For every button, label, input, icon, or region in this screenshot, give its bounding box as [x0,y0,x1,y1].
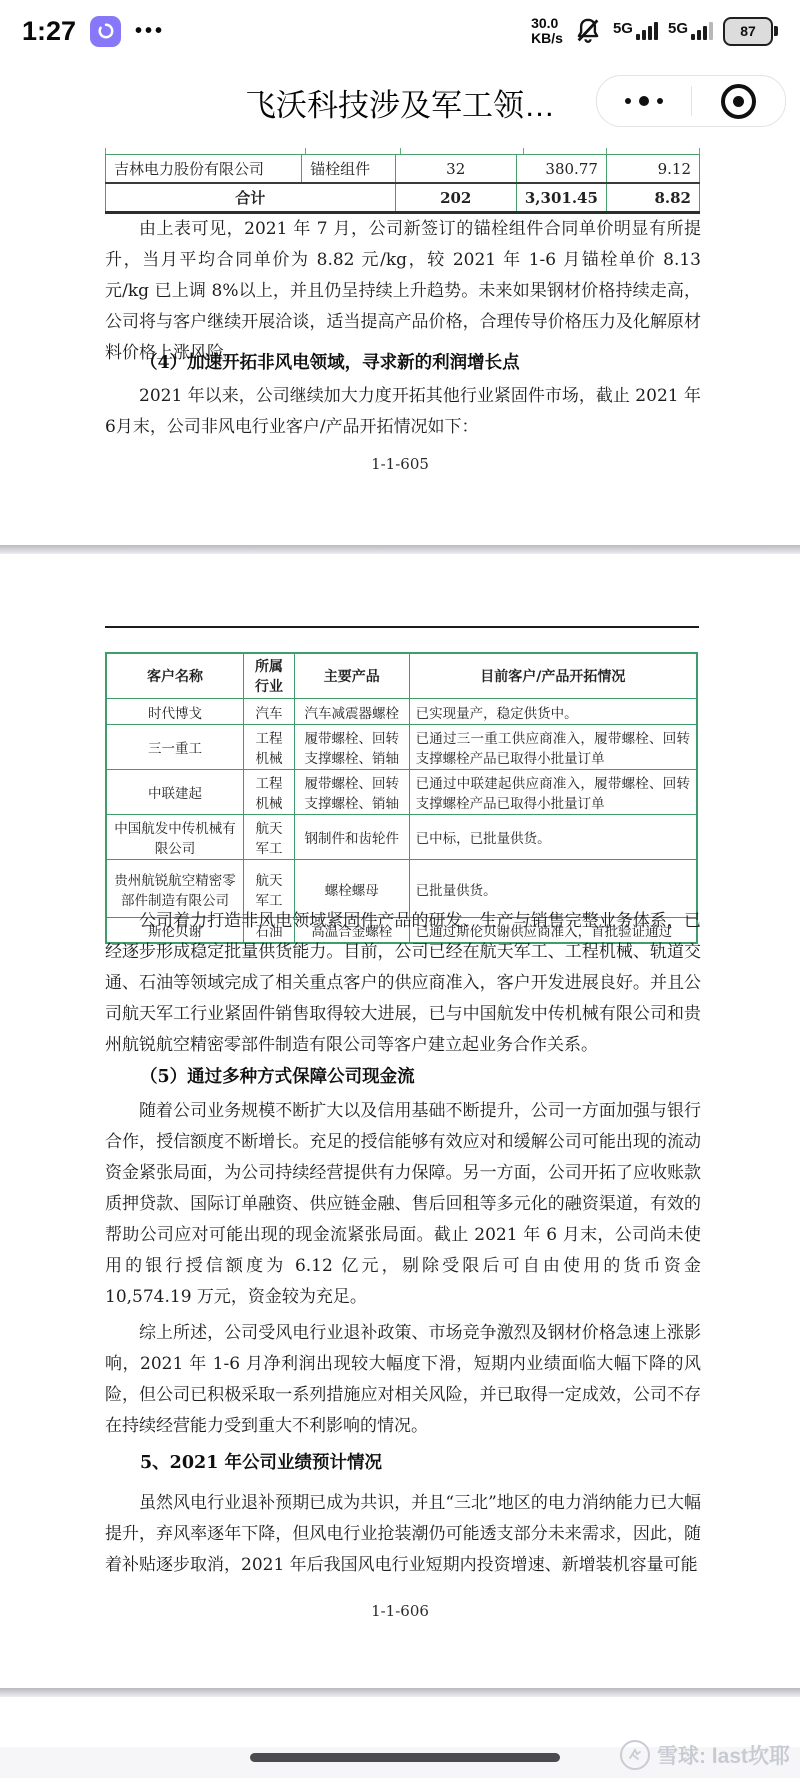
battery-indicator: 87 [723,17,778,46]
horizontal-scrollbar-thumb[interactable] [250,1753,560,1762]
page-separator [0,545,800,554]
table-row: 中国航发中传机械有限公司 航天军工 钢制件和齿轮件 已中标，已批量供货。 [106,815,697,860]
table-row: 中联建起 工程机械 履带螺栓、回转支撑螺栓、销轴 已通过中联建起供应商准入，履带… [106,770,697,815]
total-price-cell: 8.82 [606,183,699,213]
paragraph-conclusion: 综上所述，公司受风电行业退补政策、市场竞争激烈及钢材价格急速上涨影响，2021 … [105,1318,701,1442]
customer-cell: 中联建起 [106,770,244,815]
header-customer: 客户名称 [106,653,244,699]
product-cell: 履带螺栓、回转支撑螺栓、销轴 [294,770,409,815]
table-header-row: 客户名称 所属行业 主要产品 目前客户/产品开拓情况 [106,653,697,699]
product-cell: 履带螺栓、回转支撑螺栓、销轴 [294,725,409,770]
status-cell: 已通过中联建起供应商准入，履带螺栓、回转支撑螺栓产品已取得小批量订单 [409,770,697,815]
status-bar: 1:27 ••• 30.0 KB/s 5G [0,0,800,62]
paragraph-cashflow: 随着公司业务规模不断扩大以及信用基础不断提升，公司一方面加强与银行合作，授信额度… [105,1096,701,1313]
sim1-5g-label: 5G [613,22,633,36]
status-cell: 已实现量产，稳定供货中。 [409,699,697,725]
clock: 1:27 [22,16,76,47]
sim2-5g-label: 5G [668,22,688,36]
page-separator [0,1688,800,1697]
paragraph-market-expand: 2021 年以来，公司继续加大力度开拓其他行业紧固件市场，截止 2021 年 6… [105,381,701,443]
industry-cell: 汽车 [244,699,295,725]
total-qty-cell: 202 [395,183,516,213]
recorder-app-icon [90,16,121,47]
customer-cell: 中国航发中传机械有限公司 [106,815,244,860]
target-circle-icon [721,84,756,119]
total-amount-cell: 3,301.45 [516,183,606,213]
heading-2021-forecast: 5、2021 年公司业绩预计情况 [105,1450,701,1476]
more-dots-icon [625,96,663,106]
paragraph-forecast: 虽然风电行业退补预期已成为共识，并且“三北”地区的电力消纳能力已大幅提升，弃风率… [105,1488,701,1581]
industry-cell: 航天军工 [244,815,295,860]
speed-unit: KB/s [531,31,563,46]
product-cell: 锚栓组件 [302,155,396,184]
status-cell: 已通过三一重工供应商准入，履带螺栓、回转支撑螺栓产品已取得小批量订单 [409,725,697,770]
total-label-cell: 合计 [106,183,396,213]
mute-bell-icon [573,16,603,46]
company-cell: 吉林电力股份有限公司 [106,155,302,184]
close-minimize-button[interactable] [692,76,786,126]
paragraph-business-summary: 公司着力打造非风电领域紧固件产品的研发、生产与销售完整业务体系，已经逐步形成稳定… [105,906,701,1061]
screen: 1:27 ••• 30.0 KB/s 5G [0,0,800,1778]
table-total-row: 合计 202 3,301.45 8.82 [106,183,700,213]
xueqiu-watermark: 雪球: last坎耶 [620,1740,790,1770]
customer-expansion-table: 客户名称 所属行业 主要产品 目前客户/产品开拓情况 时代博戈 汽车 汽车减震器… [105,652,698,944]
xueqiu-logo-icon [620,1740,650,1770]
battery-percent: 87 [723,17,773,46]
header-status: 目前客户/产品开拓情况 [409,653,697,699]
customer-cell: 时代博戈 [106,699,244,725]
customer-cell: 三一重工 [106,725,244,770]
speed-value: 30.0 [531,16,563,31]
status-more-dots: ••• [135,20,165,43]
nav-bar: 飞沃科技涉及军工领… [0,62,800,148]
industry-cell: 工程机械 [244,770,295,815]
table-row: 吉林电力股份有限公司 锚栓组件 32 380.77 9.12 [106,155,700,184]
heading-section-5: （5）通过多种方式保障公司现金流 [105,1064,701,1090]
heading-section-4: （4）加速开拓非风电领域，寻求新的利润增长点 [105,350,701,376]
status-cell: 已中标，已批量供货。 [409,815,697,860]
header-industry: 所属行业 [244,653,295,699]
page-number-606: 1-1-606 [0,1602,800,1620]
more-menu-button[interactable] [597,76,691,126]
page-number-605: 1-1-605 [0,455,800,473]
product-cell: 汽车减震器螺栓 [294,699,409,725]
watermark-text: 雪球: last坎耶 [657,1740,790,1770]
miniprogram-capsule [596,75,786,127]
industry-cell: 工程机械 [244,725,295,770]
price-cell: 9.12 [606,155,699,184]
qty-cell: 32 [395,155,516,184]
anchor-contract-table: 吉林电力股份有限公司 锚栓组件 32 380.77 9.12 合计 202 3,… [105,154,700,214]
battery-nub [774,26,778,36]
page-header-rule [105,626,699,628]
network-speed: 30.0 KB/s [531,16,563,46]
signal-sim2: 5G [668,22,713,40]
header-product: 主要产品 [294,653,409,699]
paragraph-price-increase: 由上表可见，2021 年 7 月，公司新签订的锚栓组件合同单价明显有所提升，当月… [105,214,701,369]
table-row: 三一重工 工程机械 履带螺栓、回转支撑螺栓、销轴 已通过三一重工供应商准入，履带… [106,725,697,770]
product-cell: 钢制件和齿轮件 [294,815,409,860]
table-row: 时代博戈 汽车 汽车减震器螺栓 已实现量产，稳定供货中。 [106,699,697,725]
signal-sim1: 5G [613,22,658,40]
loop-icon [96,21,116,41]
amount-cell: 380.77 [516,155,606,184]
